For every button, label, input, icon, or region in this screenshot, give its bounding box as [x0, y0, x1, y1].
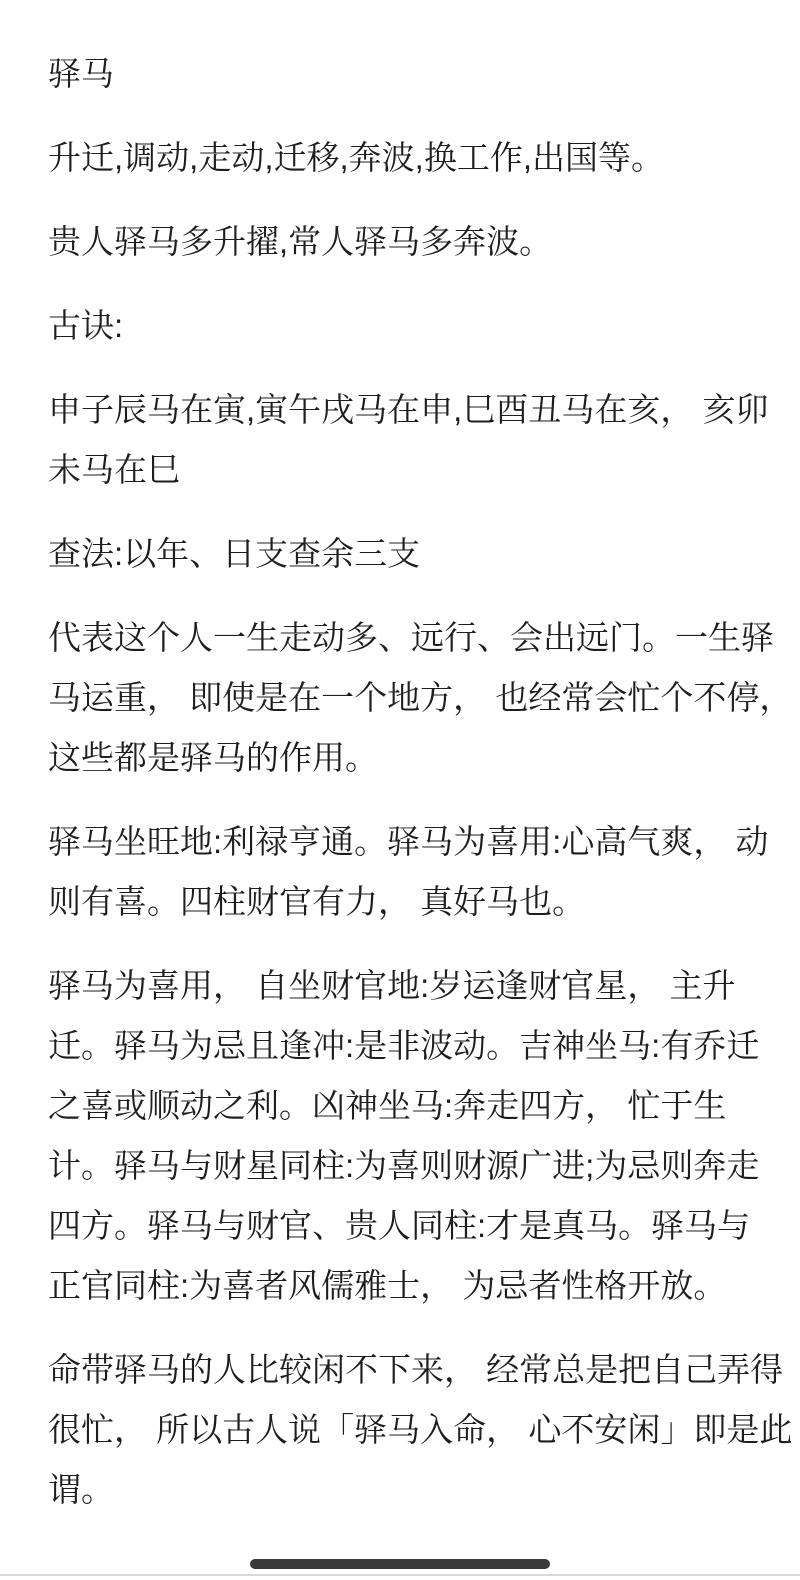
text-line: 命带驿马的人比较闲不下来， 经常总是把自己弄得	[48, 1340, 760, 1400]
text-line: 谓。	[48, 1460, 760, 1520]
page-title: 驿马	[48, 44, 760, 104]
text-line: 计。驿马与财星同柱:为喜则财源广进;为忌则奔走	[48, 1136, 760, 1196]
paragraph-gujue: 申子辰马在寅,寅午戌马在申,巳酉丑马在亥， 亥卯 未马在巳	[48, 380, 760, 500]
paragraph: 驿马坐旺地:利禄亨通。驿马为喜用:心高气爽， 动 则有喜。四柱财官有力， 真好马…	[48, 812, 760, 932]
text-line: 查法:以年、日支查余三支	[48, 524, 760, 584]
text-line: 未马在巳	[48, 440, 760, 500]
bottom-divider	[0, 1574, 800, 1576]
text-line: 则有喜。四柱财官有力， 真好马也。	[48, 872, 760, 932]
document-page: 驿马 升迁,调动,走动,迁移,奔波,换工作,出国等。 贵人驿马多升擢,常人驿马多…	[0, 0, 800, 1580]
text-line: 马运重， 即使是在一个地方， 也经常会忙个不停，	[48, 668, 760, 728]
paragraph: 代表这个人一生走动多、远行、会出远门。一生驿 马运重， 即使是在一个地方， 也经…	[48, 608, 760, 788]
paragraph: 贵人驿马多升擢,常人驿马多奔波。	[48, 212, 760, 272]
text-line: 很忙， 所以古人说「驿马入命， 心不安闲」即是此	[48, 1400, 760, 1460]
article-body: 驿马 升迁,调动,走动,迁移,奔波,换工作,出国等。 贵人驿马多升擢,常人驿马多…	[0, 0, 800, 1520]
paragraph: 升迁,调动,走动,迁移,奔波,换工作,出国等。	[48, 128, 760, 188]
text-line: 驿马坐旺地:利禄亨通。驿马为喜用:心高气爽， 动	[48, 812, 760, 872]
text-line: 之喜或顺动之利。凶神坐马:奔走四方， 忙于生	[48, 1076, 760, 1136]
home-indicator-bar[interactable]	[250, 1559, 550, 1569]
text-line: 四方。驿马与财官、贵人同柱:才是真马。驿马与	[48, 1196, 760, 1256]
paragraph-title: 驿马	[48, 44, 760, 104]
text-line: 贵人驿马多升擢,常人驿马多奔波。	[48, 212, 760, 272]
text-line: 正官同柱:为喜者风儒雅士， 为忌者性格开放。	[48, 1256, 760, 1316]
paragraph: 驿马为喜用， 自坐财官地:岁运逢财官星， 主升 迁。驿马为忌且逢冲:是非波动。吉…	[48, 956, 760, 1316]
text-line: 升迁,调动,走动,迁移,奔波,换工作,出国等。	[48, 128, 760, 188]
paragraph: 命带驿马的人比较闲不下来， 经常总是把自己弄得 很忙， 所以古人说「驿马入命， …	[48, 1340, 760, 1520]
text-line: 申子辰马在寅,寅午戌马在申,巳酉丑马在亥， 亥卯	[48, 380, 760, 440]
text-line: 驿马为喜用， 自坐财官地:岁运逢财官星， 主升	[48, 956, 760, 1016]
text-line: 这些都是驿马的作用。	[48, 728, 760, 788]
paragraph-gujue-heading: 古诀:	[48, 296, 760, 356]
text-line: 代表这个人一生走动多、远行、会出远门。一生驿	[48, 608, 760, 668]
text-line: 迁。驿马为忌且逢冲:是非波动。吉神坐马:有乔迁	[48, 1016, 760, 1076]
paragraph-chafa: 查法:以年、日支查余三支	[48, 524, 760, 584]
text-line: 古诀:	[48, 296, 760, 356]
